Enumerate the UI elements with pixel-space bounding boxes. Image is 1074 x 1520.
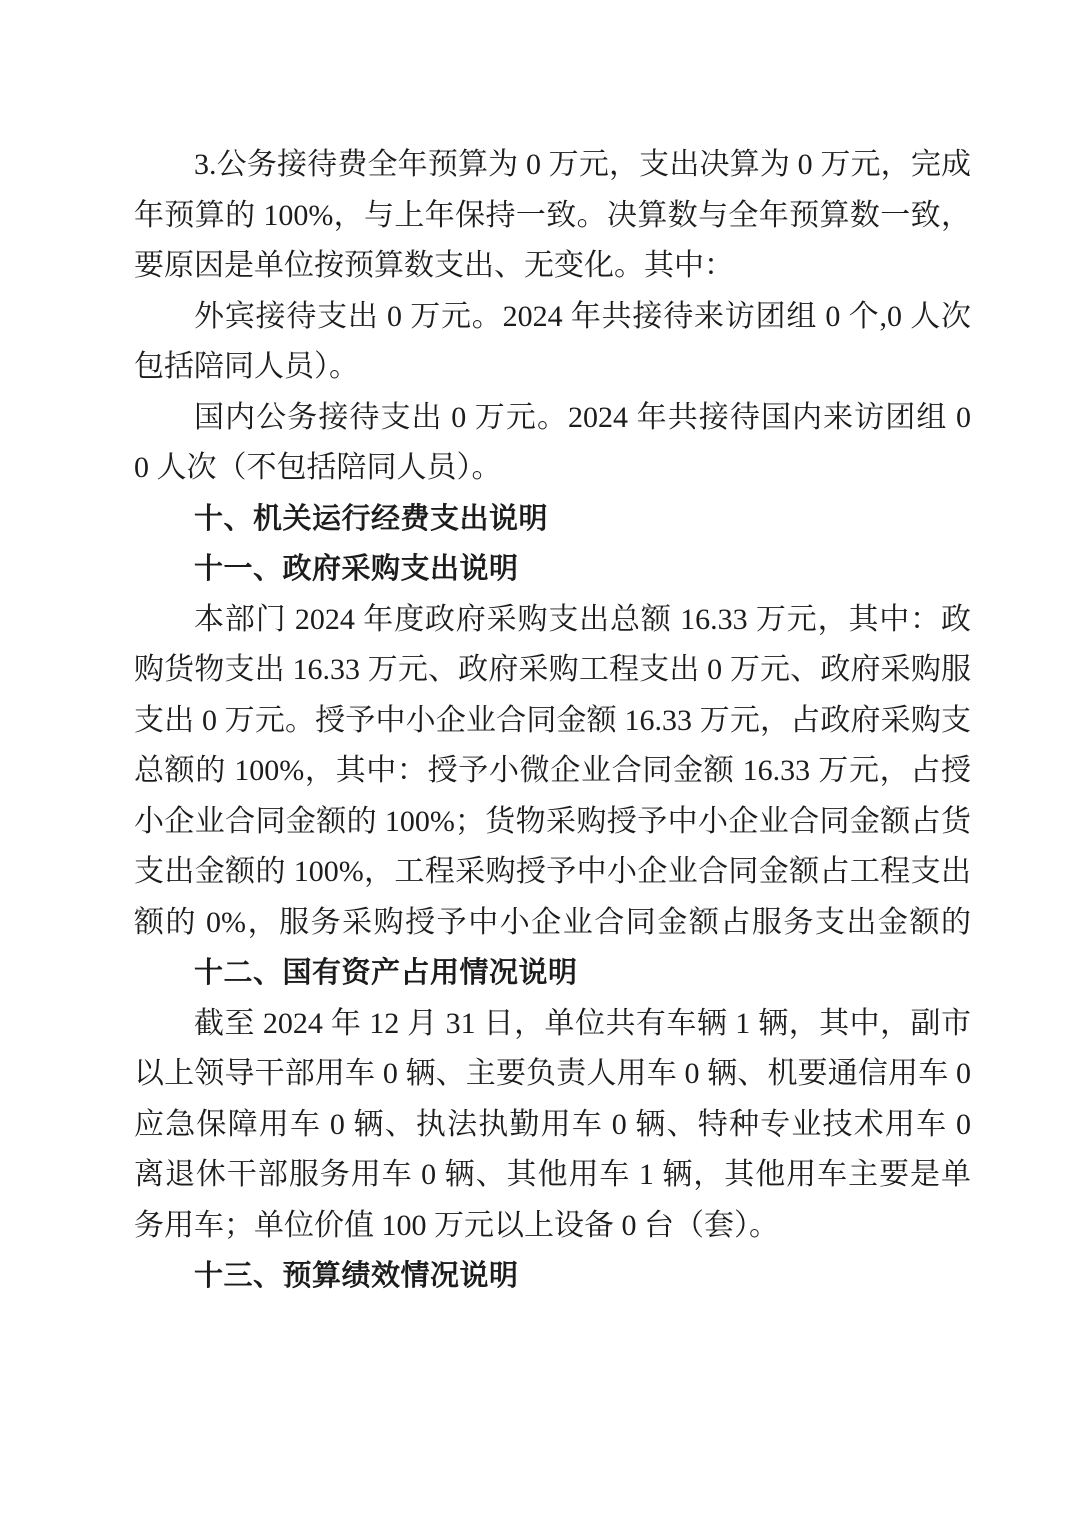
- body-text-line: 离退休干部服务用车 0 辆、其他用车 1 辆，其他用车主要是单位业: [134, 1150, 971, 1201]
- body-text-line: 包括陪同人员）。: [134, 342, 971, 393]
- body-text-line: 额的 0%，服务采购授予中小企业合同金额占服务支出金额的 0%。: [134, 898, 971, 949]
- section-heading: 十一、政府采购支出说明: [134, 544, 971, 595]
- body-text-line: 支出 0 万元。授予中小企业合同金额 16.33 万元，占政府采购支出: [134, 696, 971, 747]
- body-text-line: 0 人次（不包括陪同人员）。: [134, 443, 971, 494]
- body-text-line: 总额的 100%，其中：授予小微企业合同金额 16.33 万元，占授予中: [134, 746, 971, 797]
- body-text-line: 应急保障用车 0 辆、执法执勤用车 0 辆、特种专业技术用车 0 辆、: [134, 1100, 971, 1151]
- body-text-line: 以上领导干部用车 0 辆、主要负责人用车 0 辆、机要通信用车 0 辆、: [134, 1049, 971, 1100]
- section-heading: 十、机关运行经费支出说明: [134, 494, 971, 545]
- body-text-line: 年预算的 100%，与上年保持一致。决算数与全年预算数一致，主: [134, 191, 971, 242]
- body-text-line: 务用车；单位价值 100 万元以上设备 0 台（套）。: [134, 1201, 971, 1252]
- section-heading: 十二、国有资产占用情况说明: [134, 948, 971, 999]
- body-text-line: 3.公务接待费全年预算为 0 万元，支出决算为 0 万元，完成全: [134, 140, 971, 191]
- body-text-line: 要原因是单位按预算数支出、无变化。其中：: [134, 241, 971, 292]
- body-text-line: 外宾接待支出 0 万元。2024 年共接待来访团组 0 个,0 人次（不: [134, 292, 971, 343]
- body-text-line: 支出金额的 100%，工程采购授予中小企业合同金额占工程支出金: [134, 847, 971, 898]
- body-text-line: 小企业合同金额的 100%；货物采购授予中小企业合同金额占货物: [134, 797, 971, 848]
- document-page: 3.公务接待费全年预算为 0 万元，支出决算为 0 万元，完成全年预算的 100…: [0, 0, 1074, 1520]
- document-text-area: 3.公务接待费全年预算为 0 万元，支出决算为 0 万元，完成全年预算的 100…: [134, 140, 971, 1302]
- body-text-line: 国内公务接待支出 0 万元。2024 年共接待国内来访团组 0 个，: [134, 393, 971, 444]
- body-text-line: 本部门 2024 年度政府采购支出总额 16.33 万元，其中：政府采: [134, 595, 971, 646]
- body-text-line: 购货物支出 16.33 万元、政府采购工程支出 0 万元、政府采购服务: [134, 645, 971, 696]
- section-heading: 十三、预算绩效情况说明: [134, 1251, 971, 1302]
- body-text-line: 截至 2024 年 12 月 31 日，单位共有车辆 1 辆，其中，副市直及: [134, 999, 971, 1050]
